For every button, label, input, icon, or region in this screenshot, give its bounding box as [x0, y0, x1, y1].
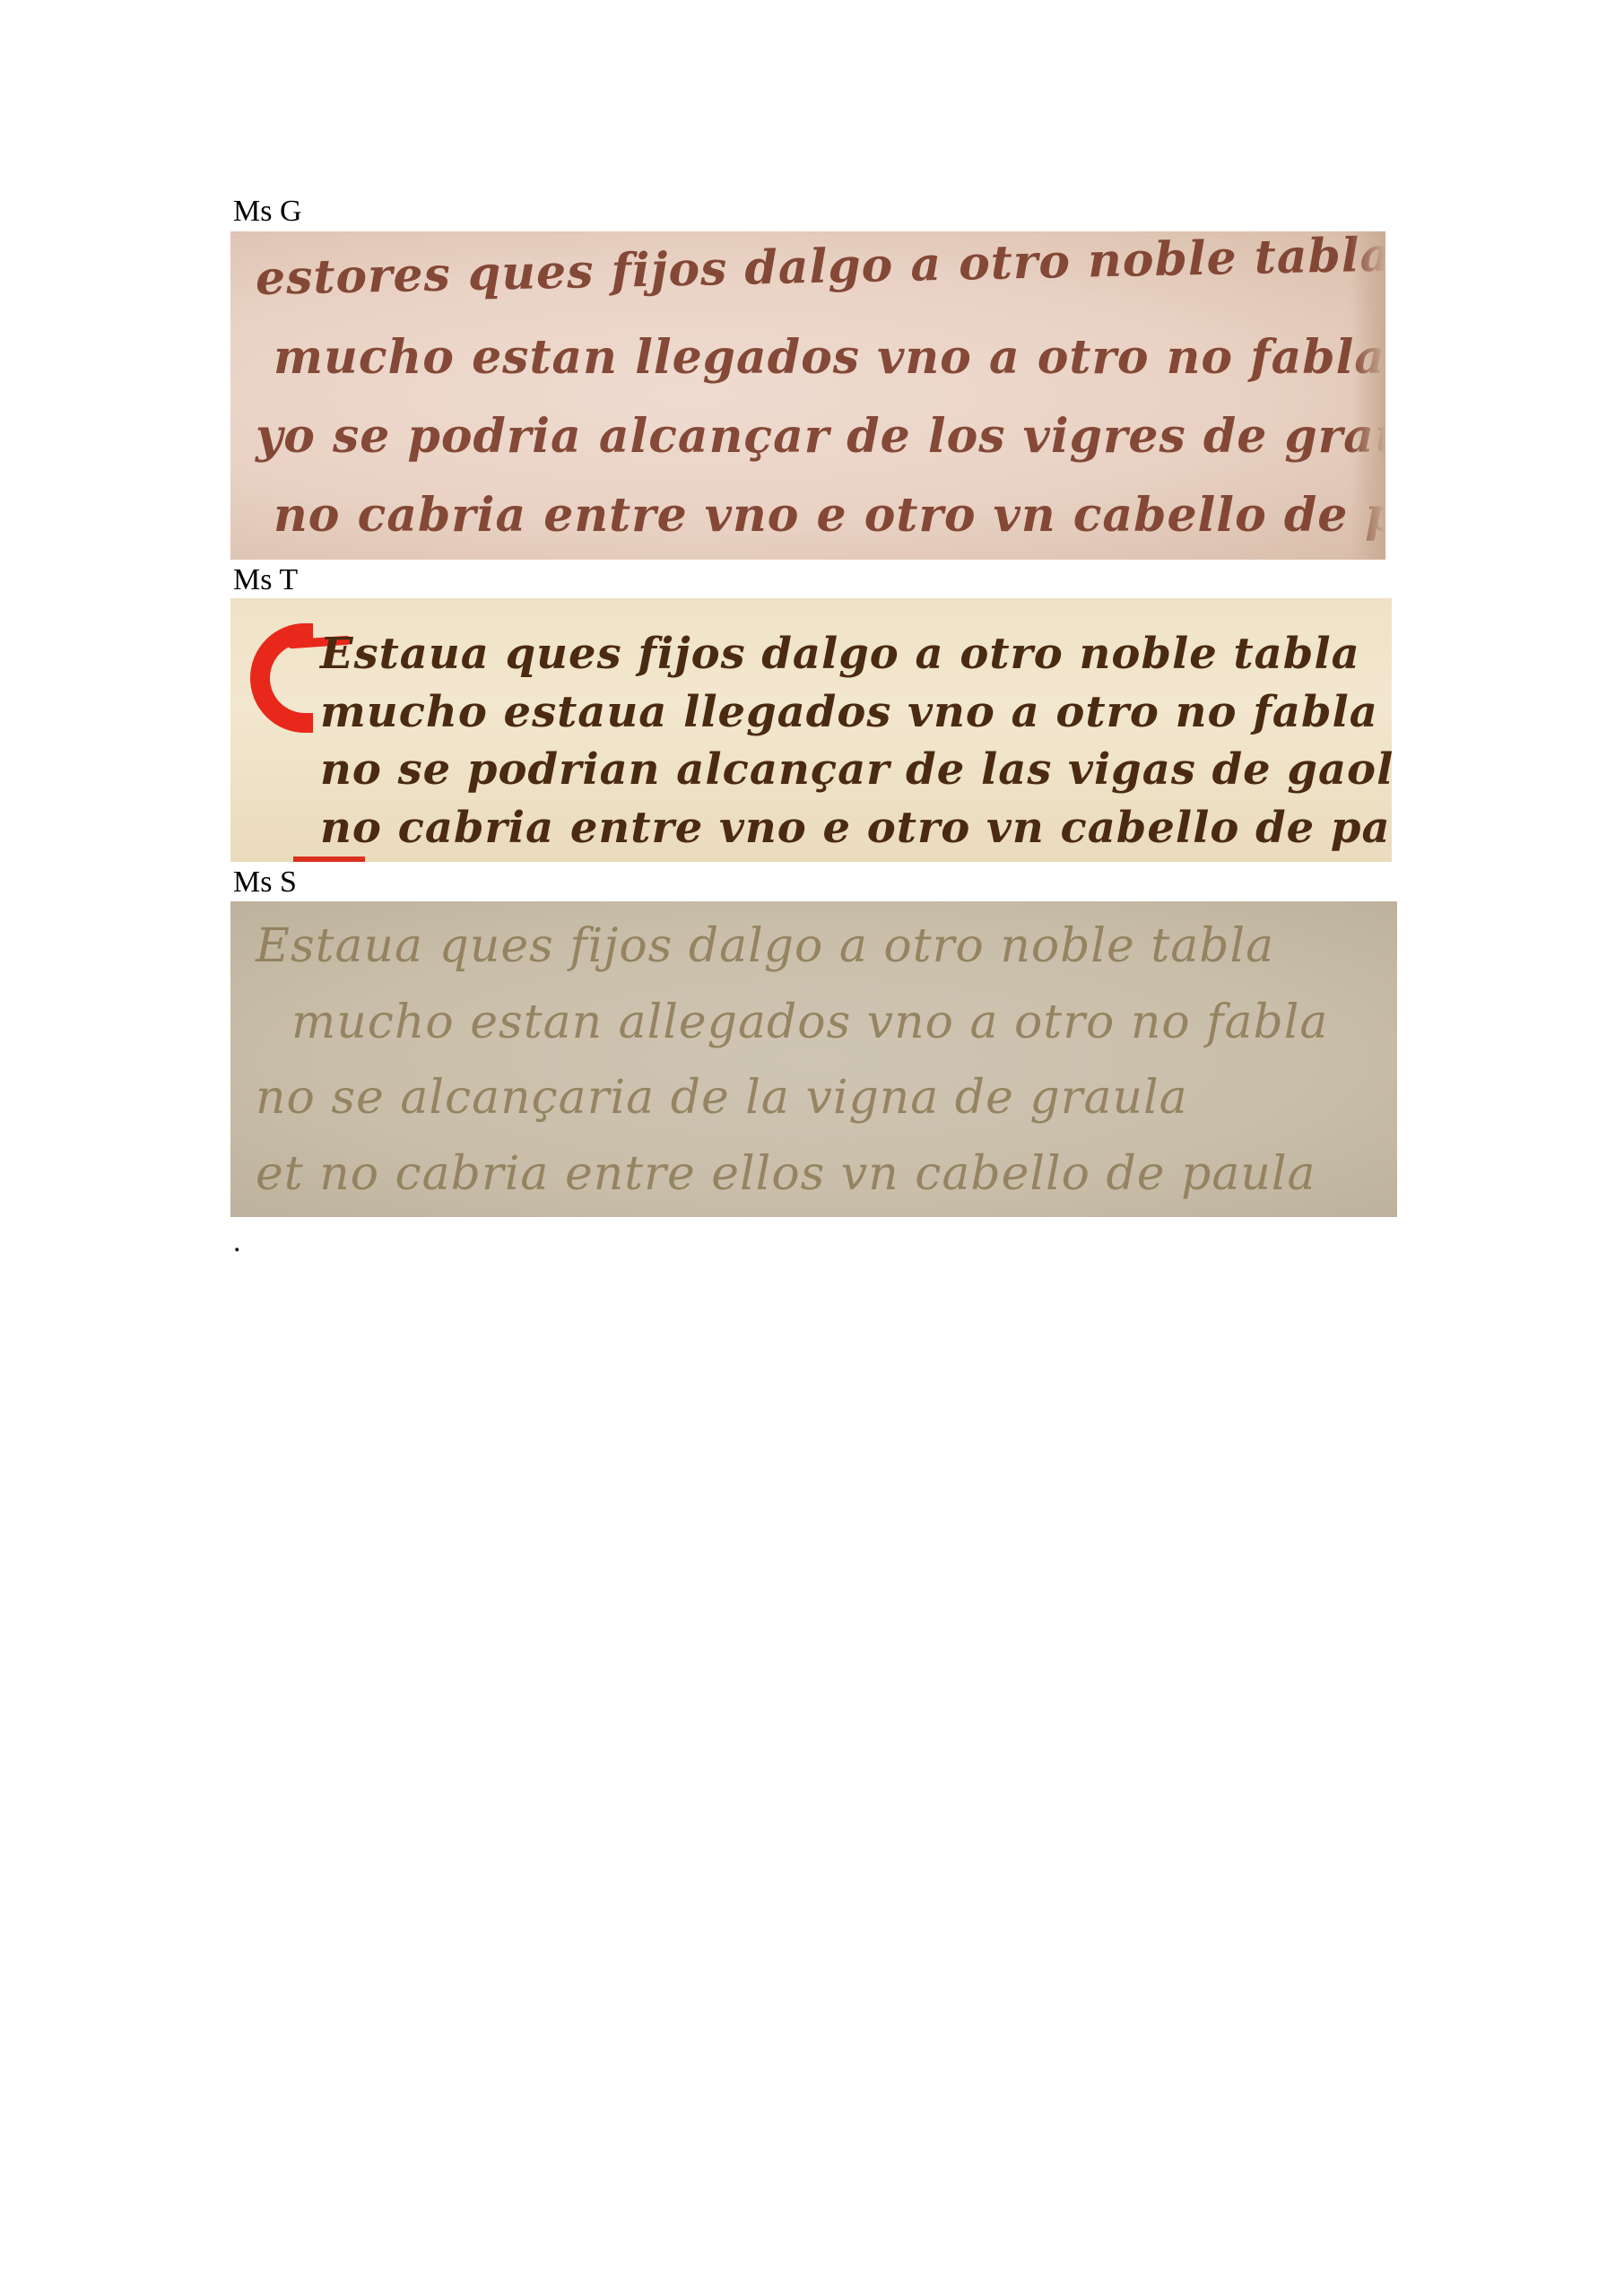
manuscript-image-s: Estaua ques fijos dalgo a otro noble tab…	[230, 901, 1397, 1217]
manuscript-image-t: Estaua ques fijos dalgo a otro noble tab…	[230, 598, 1392, 862]
manuscript-line: Estaua ques fijos dalgo a otro noble tab…	[320, 629, 1370, 679]
manuscript-line: yo se podria alcançar de los vigres de g…	[256, 409, 1364, 464]
manuscript-line: mucho estan allegados vno a otro no fabl…	[256, 996, 1376, 1049]
manuscript-line: Estaua ques fijos dalgo a otro noble tab…	[256, 919, 1376, 973]
manuscript-line: no cabria entre vno e otro vn cabello de…	[320, 803, 1370, 853]
manuscript-image-g: estores ques fijos dalgo a otro noble ta…	[230, 231, 1385, 560]
manuscript-line: no se podrian alcançar de las vigas de g…	[320, 744, 1370, 795]
trailing-period: .	[233, 1227, 241, 1257]
ms-s-label: Ms S	[233, 867, 297, 898]
ms-t-label: Ms T	[233, 565, 298, 596]
manuscript-line: mucho estan llegados vno a otro no fabla	[256, 330, 1364, 385]
manuscript-lines: Estaua ques fijos dalgo a otro noble tab…	[230, 901, 1397, 1217]
manuscript-line: mucho estaua llegados vno a otro no fabl…	[320, 687, 1370, 737]
manuscript-line: estores ques fijos dalgo a otro noble ta…	[255, 231, 1364, 305]
manuscript-line: no se alcançaria de la vigna de graula	[256, 1071, 1376, 1125]
ms-g-label: Ms G	[233, 196, 302, 227]
manuscript-line: no cabria entre vno e otro vn cabello de…	[256, 488, 1364, 543]
manuscript-lines: estores ques fijos dalgo a otro noble ta…	[230, 231, 1385, 560]
manuscript-lines: Estaua ques fijos dalgo a otro noble tab…	[230, 598, 1392, 862]
manuscript-line: et no cabria entre ellos vn cabello de p…	[256, 1147, 1376, 1201]
